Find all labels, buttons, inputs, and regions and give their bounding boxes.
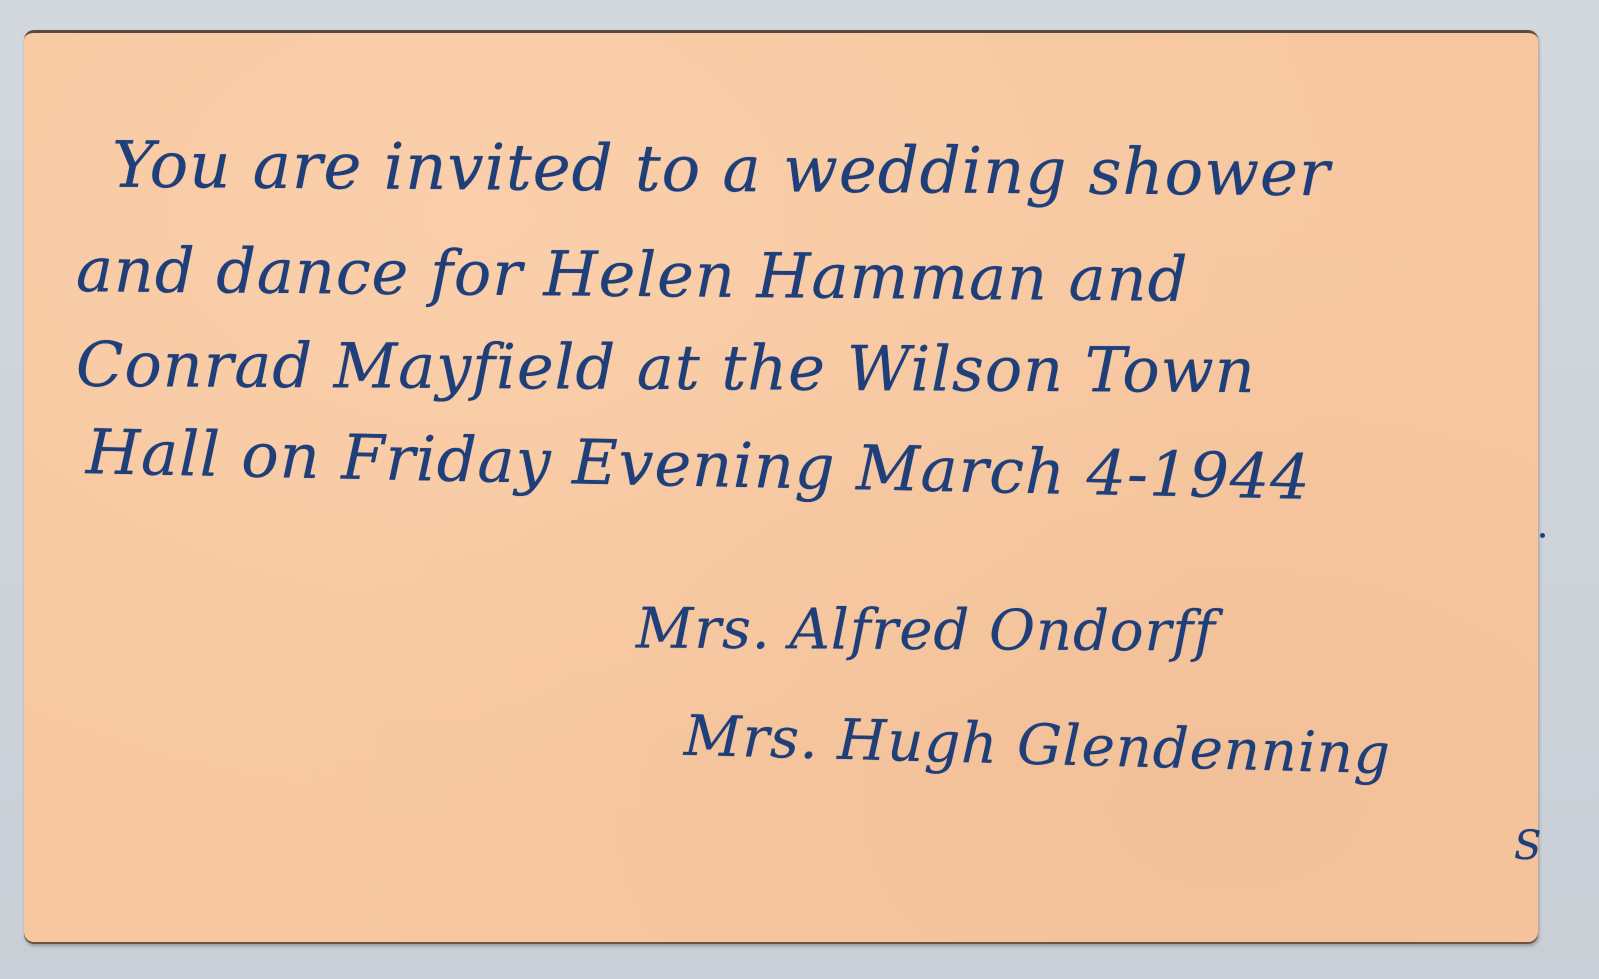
message-line-4: Hall on Friday Evening March 4-1944 (85, 415, 1311, 514)
message-line-2: and dance for Helen Hamman and (76, 233, 1189, 316)
ink-period-mark (1540, 533, 1545, 538)
signature-1: Mrs. Alfred Ondorff (636, 596, 1216, 664)
signature-2: Mrs. Hugh Glendenning (683, 704, 1391, 787)
postcard: You are invited to a wedding shower and … (24, 30, 1538, 944)
stray-ink-mark: S (1514, 823, 1542, 869)
message-line-1: You are invited to a wedding shower (112, 129, 1331, 212)
message-line-3: Conrad Mayfield at the Wilson Town (76, 328, 1256, 407)
